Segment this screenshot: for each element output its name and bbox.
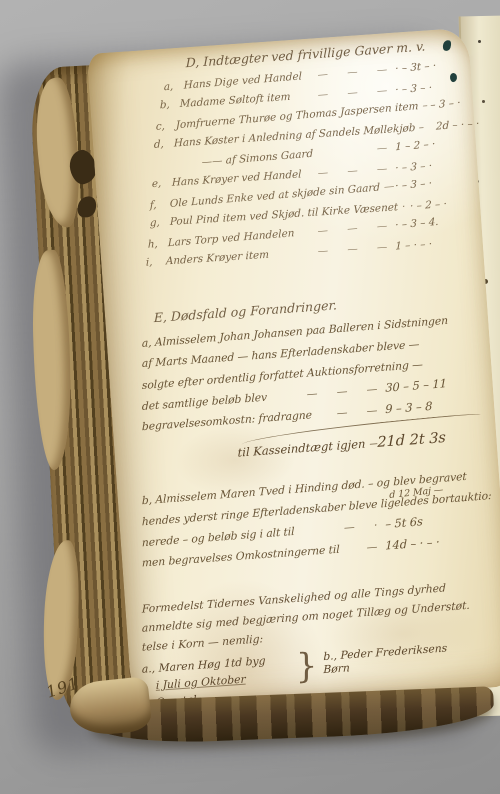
foxing-speckles [478, 40, 481, 43]
entry-label: b, [160, 98, 180, 111]
curly-brace: } [296, 648, 318, 684]
entry-label: f, [150, 198, 170, 212]
gift-entries-list: a,Hans Dige ved Handel— — —· – 3t – · b,… [142, 58, 477, 277]
entry-label: i, [146, 255, 166, 268]
entry-label: a, [164, 80, 184, 94]
entry-amount: · – 3t – · [395, 57, 477, 75]
manuscript-page: D, Indtægter ved frivillige Gaver m. v. … [87, 27, 500, 712]
entry-label: d, [154, 137, 174, 150]
manuscript-photo: D, Indtægter ved frivillige Gaver m. v. … [0, 0, 500, 794]
dash-leader: — — [312, 399, 385, 425]
dash-leader: · [398, 200, 410, 213]
entry-label: g, [150, 215, 170, 228]
dash-leader: — [340, 535, 386, 559]
item-b: b., Peder Frederiksens Børn [323, 639, 477, 676]
dash-leader: — [365, 436, 377, 451]
entry-label [182, 166, 202, 168]
dash-leader [424, 129, 436, 130]
entry-label: h, [148, 237, 168, 251]
subtotal-row: til Kasseindtægt igjen — 21d 2t 3s [238, 428, 477, 461]
dash-leader: – · [418, 99, 430, 112]
handwritten-text: D, Indtægter ved frivillige Gaver m. v. … [142, 35, 477, 712]
entry-text: Hans Dige ved Handel [184, 70, 302, 91]
dash-leader: — [380, 180, 395, 193]
entry-label: e, [152, 176, 172, 189]
dash-leader: — — — [302, 63, 395, 82]
entry-label: c, [156, 119, 176, 133]
